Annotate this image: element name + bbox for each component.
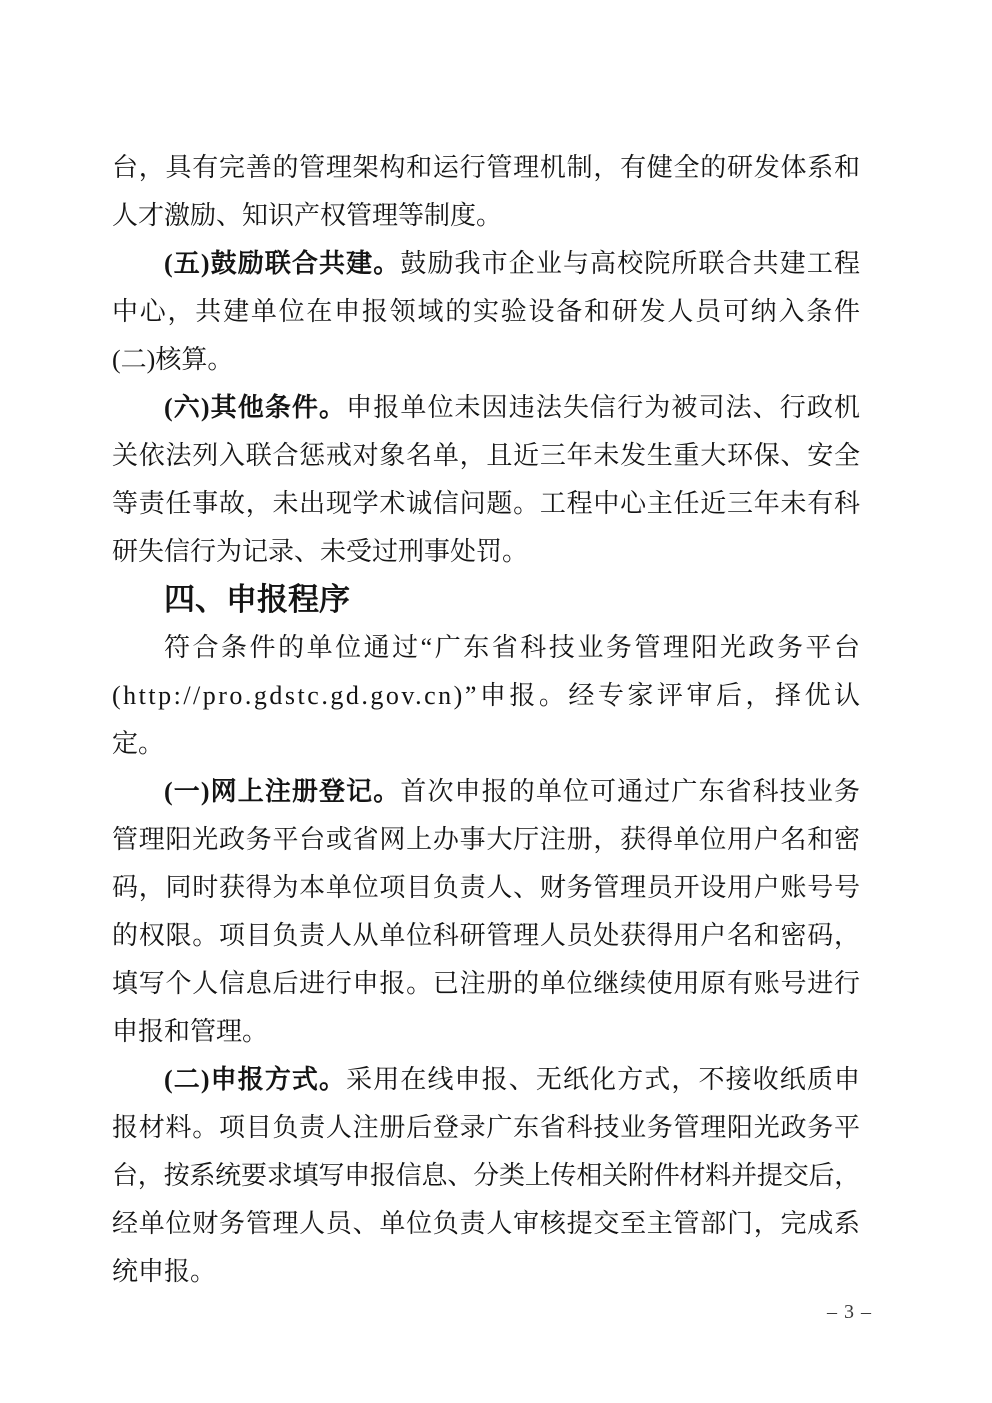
page-number: – 3 – [827, 1298, 872, 1326]
line-text: 人才激励、知识产权管理等制度。 [112, 201, 502, 230]
text-line: (一)网上注册登记。首次申报的单位可通过广东省科技业务 [112, 768, 860, 816]
text-line: 填写个人信息后进行申报。已注册的单位继续使用原有账号进行 [112, 960, 860, 1008]
document-page: 台，具有完善的管理架构和运行管理机制，有健全的研发体系和人才激励、知识产权管理等… [0, 0, 992, 1403]
text-line: 研失信行为记录、未受过刑事处罚。 [112, 528, 860, 576]
text-line: 台，按系统要求填写申报信息、分类上传相关附件材料并提交后， [112, 1152, 860, 1200]
line-text: 申报和管理。 [112, 1017, 268, 1046]
text-line: 报材料。项目负责人注册后登录广东省科技业务管理阳光政务平 [112, 1104, 860, 1152]
text-line: 的权限。项目负责人从单位科研管理人员处获得用户名和密码， [112, 912, 860, 960]
text-line: 码，同时获得为本单位项目负责人、财务管理员开设用户账号号 [112, 864, 860, 912]
line-text: ”申报。经专家评审后，择优认 [465, 681, 860, 710]
text-line: 管理阳光政务平台或省网上办事大厅注册，获得单位用户名和密 [112, 816, 860, 864]
line-text: 符合条件的单位通过“广东省科技业务管理阳光政务平台 [164, 633, 860, 662]
line-text: 鼓励我市企业与高校院所联合共建工程 [400, 249, 860, 278]
line-text: 统申报。 [112, 1257, 216, 1286]
text-line: 符合条件的单位通过“广东省科技业务管理阳光政务平台 [112, 624, 860, 672]
section-heading: 四、申报程序 [112, 576, 860, 624]
line-text: 管理阳光政务平台或省网上办事大厅注册，获得单位用户名和密 [112, 825, 860, 854]
text-line: 统申报。 [112, 1248, 860, 1296]
text-line: 关依法列入联合惩戒对象名单，且近三年未发生重大环保、安全 [112, 432, 860, 480]
paragraph-lead: (二)申报方式。 [164, 1065, 346, 1094]
line-text: 台，按系统要求填写申报信息、分类上传相关附件材料并提交后， [112, 1161, 860, 1190]
line-text: (二)核算。 [112, 345, 233, 374]
url-text: (http://pro.gdstc.gd.gov.cn) [112, 681, 465, 710]
line-text: 中心，共建单位在申报领域的实验设备和研发人员可纳入条件 [112, 297, 860, 326]
paragraph-lead: (五)鼓励联合共建。 [164, 249, 400, 278]
line-text: 的权限。项目负责人从单位科研管理人员处获得用户名和密码， [112, 921, 860, 950]
line-text: 填写个人信息后进行申报。已注册的单位继续使用原有账号进行 [112, 969, 860, 998]
line-text: 经单位财务管理人员、单位负责人审核提交至主管部门，完成系 [112, 1209, 860, 1238]
text-line: 中心，共建单位在申报领域的实验设备和研发人员可纳入条件 [112, 288, 860, 336]
text-line: 人才激励、知识产权管理等制度。 [112, 192, 860, 240]
line-text: 定。 [112, 729, 164, 758]
line-text: 首次申报的单位可通过广东省科技业务 [400, 777, 860, 806]
line-text: 申报单位未因违法失信行为被司法、行政机 [346, 393, 860, 422]
text-line: (二)核算。 [112, 336, 860, 384]
line-text: 采用在线申报、无纸化方式，不接收纸质申 [346, 1065, 860, 1094]
line-text: 码，同时获得为本单位项目负责人、财务管理员开设用户账号号 [112, 873, 860, 902]
text-line: (六)其他条件。申报单位未因违法失信行为被司法、行政机 [112, 384, 860, 432]
text-line: (五)鼓励联合共建。鼓励我市企业与高校院所联合共建工程 [112, 240, 860, 288]
paragraph-lead: (六)其他条件。 [164, 393, 346, 422]
line-text: 四、申报程序 [164, 582, 350, 617]
text-line: (二)申报方式。采用在线申报、无纸化方式，不接收纸质申 [112, 1056, 860, 1104]
line-text: 关依法列入联合惩戒对象名单，且近三年未发生重大环保、安全 [112, 441, 860, 470]
paragraph-lead: (一)网上注册登记。 [164, 777, 400, 806]
line-text: 等责任事故，未出现学术诚信问题。工程中心主任近三年未有科 [112, 489, 860, 518]
text-line: 定。 [112, 720, 860, 768]
line-text: 研失信行为记录、未受过刑事处罚。 [112, 537, 528, 566]
line-text: 报材料。项目负责人注册后登录广东省科技业务管理阳光政务平 [112, 1113, 860, 1142]
text-line: (http://pro.gdstc.gd.gov.cn)”申报。经专家评审后，择… [112, 672, 860, 720]
text-line: 申报和管理。 [112, 1008, 860, 1056]
text-line: 经单位财务管理人员、单位负责人审核提交至主管部门，完成系 [112, 1200, 860, 1248]
text-line: 等责任事故，未出现学术诚信问题。工程中心主任近三年未有科 [112, 480, 860, 528]
document-body: 台，具有完善的管理架构和运行管理机制，有健全的研发体系和人才激励、知识产权管理等… [112, 144, 860, 1296]
line-text: 台，具有完善的管理架构和运行管理机制，有健全的研发体系和 [112, 153, 860, 182]
text-line: 台，具有完善的管理架构和运行管理机制，有健全的研发体系和 [112, 144, 860, 192]
